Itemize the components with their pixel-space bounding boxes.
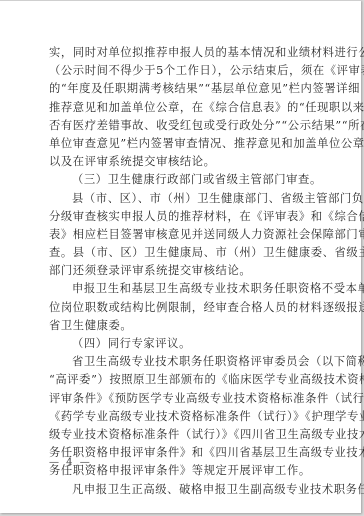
text-line: 省卫生健康委。 bbox=[49, 317, 325, 335]
page-number: — 4 — bbox=[49, 457, 92, 468]
text-line: 部门还须登录评审系统提交审核结论。 bbox=[49, 262, 325, 280]
text-line: 凡申报卫生正高级、破格申报卫生副高级专业技术职务任职 bbox=[49, 481, 325, 499]
text-line: 申报卫生和基层卫生高级专业技术职务任职资格不受本单 bbox=[49, 280, 325, 298]
text-line: 评审条件》《预防医学专业高级专业技术资格标准条件（试行）》 bbox=[49, 390, 325, 408]
section-heading-3: （三）卫生健康行政部门或省级主管部门审查。 bbox=[49, 171, 325, 189]
text-line: 省卫生高级专业技术职务任职资格评审委员会（以下简称 bbox=[49, 353, 325, 371]
text-line: 的“年度及任职期满考核结果”“基层单位意见”栏内签署详细 bbox=[49, 80, 325, 98]
text-line: 推荐意见和加盖单位公章，在《综合信息表》的“任现职以来是 bbox=[49, 99, 325, 117]
text-line: 级专业技术资格标准条件（试行）》《四川省卫生高级专业技术职 bbox=[49, 426, 325, 444]
text-line: “高评委”）按照原卫生部颁布的《临床医学专业高级技术资格 bbox=[49, 371, 325, 389]
document-page: 实，同时对单位拟推荐申报人员的基本情况和业绩材料进行公示 （公示时间不得少于5个… bbox=[0, 0, 361, 513]
body-text: 实，同时对单位拟推荐申报人员的基本情况和业绩材料进行公示 （公示时间不得少于5个… bbox=[49, 44, 325, 499]
text-line: 以及在评审系统提交审核结论。 bbox=[49, 153, 325, 171]
section-heading-4: （四）同行专家评议。 bbox=[49, 335, 325, 353]
text-line: 单位审查意见”栏内签署审查情况、推荐意见和加盖单位公章， bbox=[49, 135, 325, 153]
text-line: 位岗位职数或结构比例限制，经审查合格人员的材料逐级报送至 bbox=[49, 299, 325, 317]
text-line: 查。县（市、区）卫生健康局、市（州）卫生健康委、省级主管 bbox=[49, 244, 325, 262]
text-line: 否有医疗差错事故、收受红包或受行政处分”“公示结果”“所在 bbox=[49, 117, 325, 135]
text-line: （公示时间不得少于5个工作日），公示结束后，须在《评审表》 bbox=[49, 62, 325, 80]
text-line: 《药学专业高级专业技术资格标准条件（试行）》《护理学专业高 bbox=[49, 408, 325, 426]
text-line: 县（市、区）、市（州）卫生健康部门、省级主管部门负责 bbox=[49, 190, 325, 208]
text-line: 表》相应栏目签署审核意见并送同级人力资源社会保障部门审 bbox=[49, 226, 325, 244]
text-line: 分级审查核实申报人员的推荐材料，在《评审表》和《综合信息 bbox=[49, 208, 325, 226]
text-line: 实，同时对单位拟推荐申报人员的基本情况和业绩材料进行公示 bbox=[49, 44, 325, 62]
